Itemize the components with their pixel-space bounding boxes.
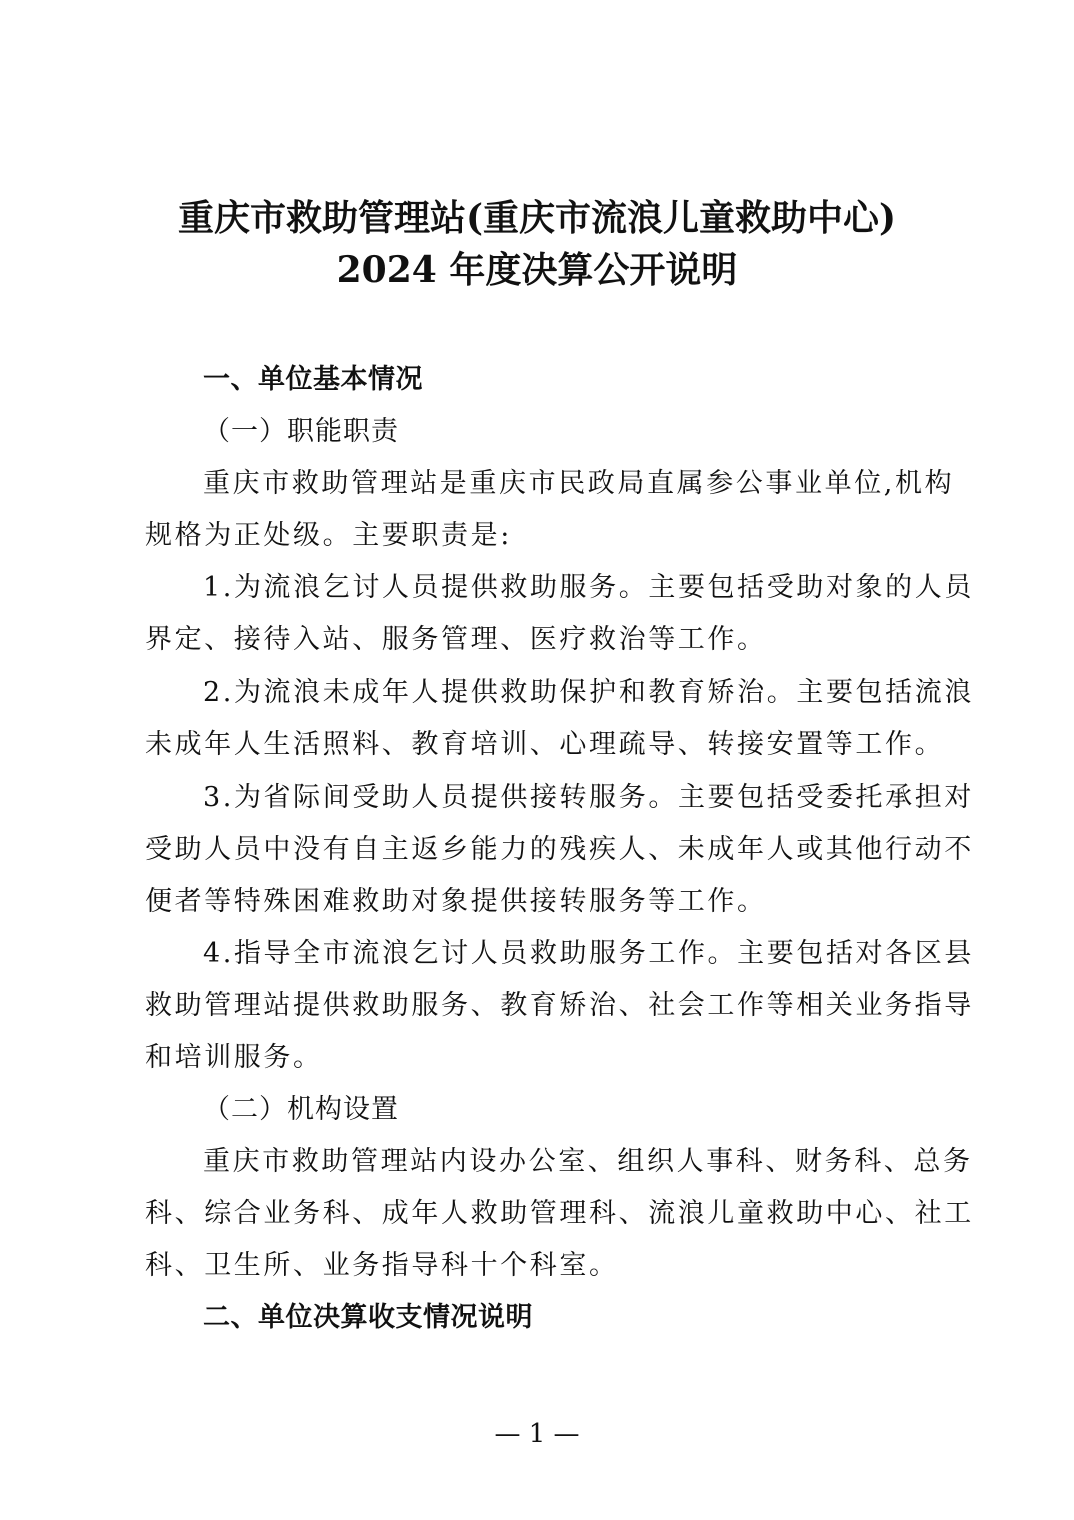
section-heading-budget-explanation: 二、单位决算收支情况说明	[203, 1300, 1003, 1336]
paragraph-line: 2.为流浪未成年人提供救助保护和教育矫治。主要包括流浪	[203, 675, 1003, 711]
document-title-line2: 2024 年度决算公开说明	[0, 246, 1074, 294]
subsection-heading-organization: （二）机构设置	[203, 1092, 1003, 1128]
document-title-line1: 重庆市救助管理站(重庆市流浪儿童救助中心)	[0, 194, 1074, 242]
paragraph-line: 救助管理站提供救助服务、教育矫治、社会工作等相关业务指导	[145, 988, 945, 1024]
paragraph-line: 和培训服务。	[145, 1040, 945, 1076]
paragraph-line: 重庆市救助管理站内设办公室、组织人事科、财务科、总务	[203, 1144, 1003, 1180]
paragraph-line: 3.为省际间受助人员提供接转服务。主要包括受委托承担对	[203, 780, 1003, 816]
subsection-heading-functions: （一）职能职责	[203, 414, 1003, 450]
page-number: — 1 —	[0, 1416, 1074, 1452]
paragraph-line: 1.为流浪乞讨人员提供救助服务。主要包括受助对象的人员	[203, 570, 1003, 606]
paragraph-line: 科、卫生所、业务指导科十个科室。	[145, 1248, 945, 1284]
paragraph-line: 规格为正处级。主要职责是:	[145, 518, 945, 554]
paragraph-line: 科、综合业务科、成年人救助管理科、流浪儿童救助中心、社工	[145, 1196, 945, 1232]
document-page: 重庆市救助管理站(重庆市流浪儿童救助中心) 2024 年度决算公开说明 一、单位…	[0, 0, 1074, 1520]
paragraph-line: 便者等特殊困难救助对象提供接转服务等工作。	[145, 884, 945, 920]
paragraph-line: 界定、接待入站、服务管理、医疗救治等工作。	[145, 622, 945, 658]
paragraph-line: 重庆市救助管理站是重庆市民政局直属参公事业单位,机构	[203, 466, 1003, 502]
paragraph-line: 4.指导全市流浪乞讨人员救助服务工作。主要包括对各区县	[203, 936, 1003, 972]
section-heading-basic-info: 一、单位基本情况	[203, 362, 1003, 398]
paragraph-line: 受助人员中没有自主返乡能力的残疾人、未成年人或其他行动不	[145, 832, 945, 868]
paragraph-line: 未成年人生活照料、教育培训、心理疏导、转接安置等工作。	[145, 727, 945, 763]
